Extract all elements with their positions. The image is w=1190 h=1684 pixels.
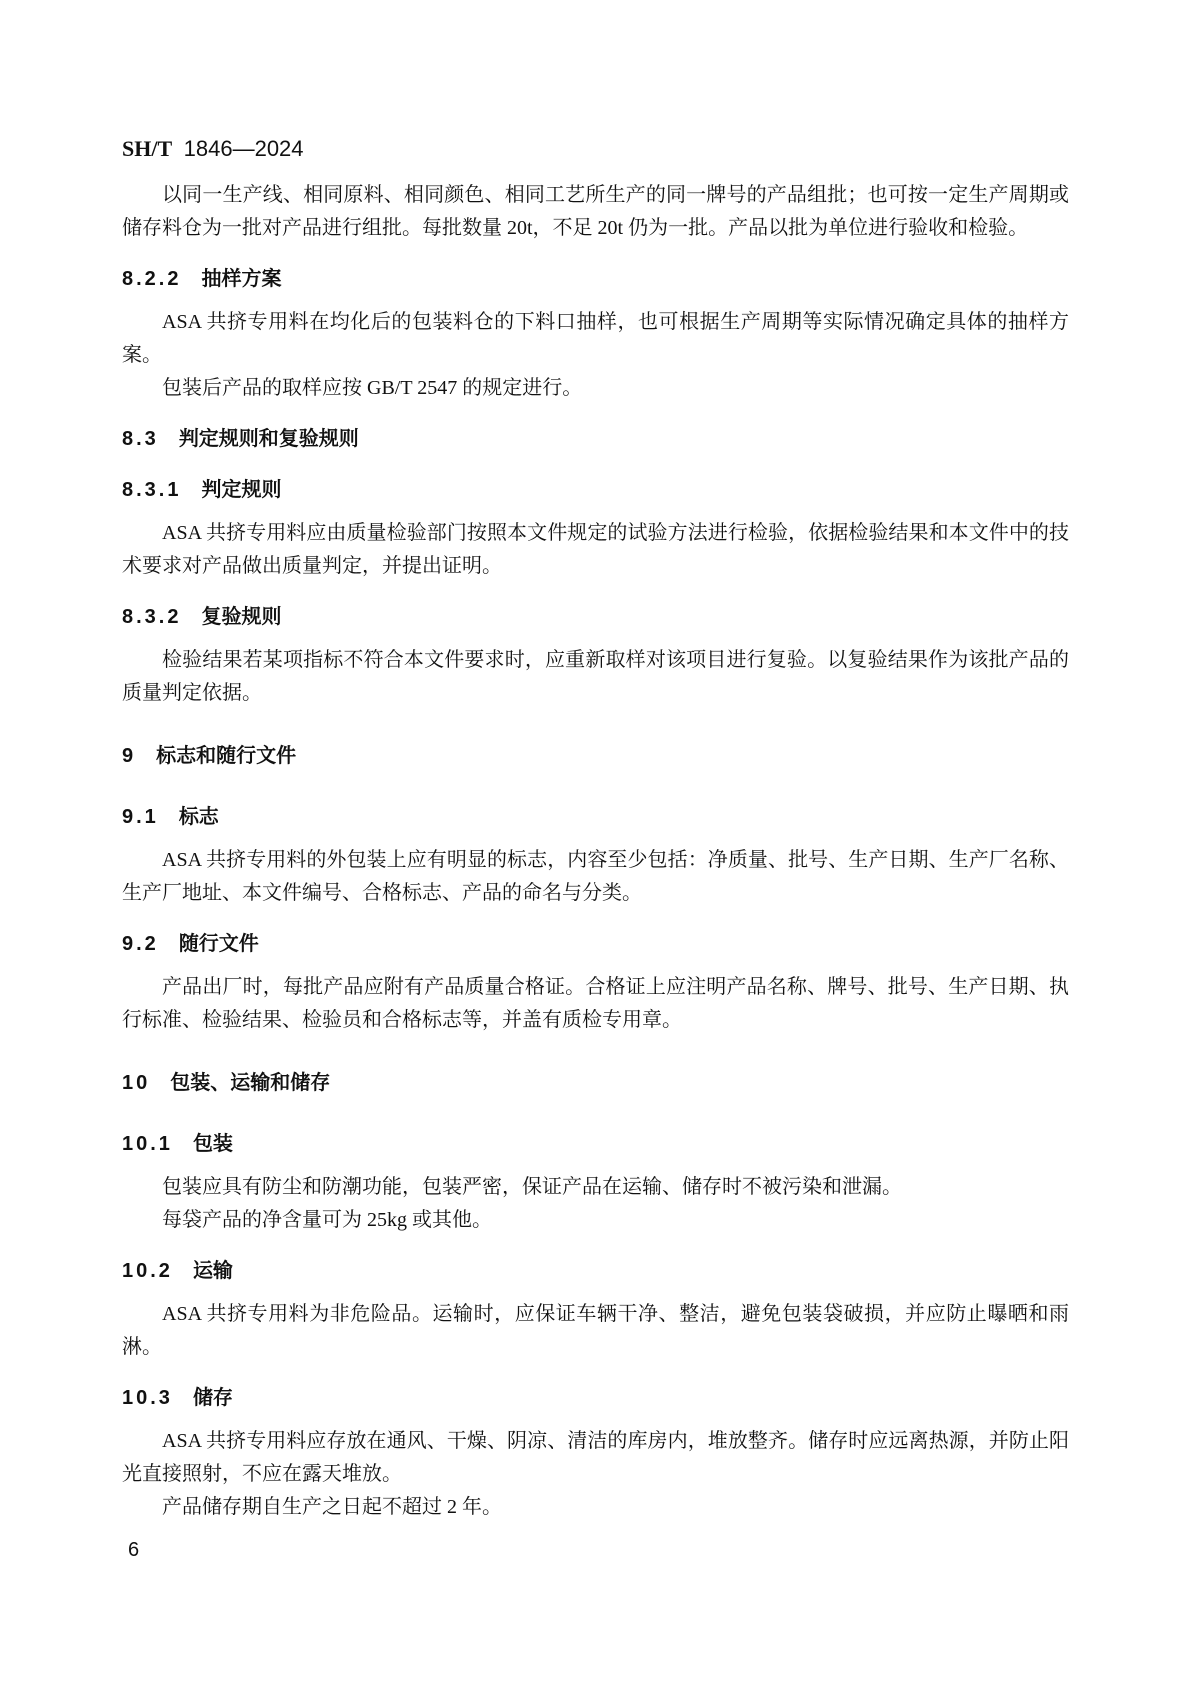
document-page: SH/T 1846—2024 以同一生产线、相同原料、相同颜色、相同工艺所生产的… (0, 0, 1190, 1684)
paragraph-retest-rule: 检验结果若某项指标不符合本文件要求时，应重新取样对该项目进行复验。以复验结果作为… (122, 644, 1069, 710)
document-body: 以同一生产线、相同原料、相同颜色、相同工艺所生产的同一牌号的产品组批；也可按一定… (122, 179, 1069, 1524)
clause-title: 标志 (179, 806, 219, 828)
paragraph-batching-rule: 以同一生产线、相同原料、相同颜色、相同工艺所生产的同一牌号的产品组批；也可按一定… (122, 179, 1069, 245)
clause-title: 判定规则和复验规则 (179, 428, 359, 450)
paragraph-storage-period: 产品储存期自生产之日起不超过 2 年。 (122, 1491, 1069, 1524)
clause-heading-9-2: 9.2随行文件 (122, 928, 1069, 961)
paragraph-marking: ASA 共挤专用料的外包装上应有明显的标志，内容至少包括：净质量、批号、生产日期… (122, 844, 1069, 910)
clause-heading-10-2: 10.2运输 (122, 1255, 1069, 1288)
clause-number: 8.2.2 (122, 268, 181, 290)
clause-heading-10-1: 10.1包装 (122, 1128, 1069, 1161)
paragraph-judgment-rule: ASA 共挤专用料应由质量检验部门按照本文件规定的试验方法进行检验，依据检验结果… (122, 517, 1069, 583)
chapter-heading-10: 10包装、运输和储存 (122, 1067, 1069, 1100)
clause-heading-8-3-2: 8.3.2复验规则 (122, 601, 1069, 634)
clause-number: 8.3.2 (122, 606, 181, 628)
chapter-title: 标志和随行文件 (156, 745, 296, 767)
clause-title: 随行文件 (179, 933, 259, 955)
page-number: 6 (128, 1538, 139, 1562)
standard-number-header: SH/T 1846—2024 (122, 136, 304, 162)
clause-number: 10.2 (122, 1260, 173, 1282)
clause-title: 抽样方案 (201, 268, 281, 290)
clause-heading-8-3: 8.3判定规则和复验规则 (122, 423, 1069, 456)
paragraph-storage: ASA 共挤专用料应存放在通风、干燥、阴凉、清洁的库房内，堆放整齐。储存时应远离… (122, 1425, 1069, 1491)
clause-heading-9-1: 9.1标志 (122, 801, 1069, 834)
paragraph-sampling-standard: 包装后产品的取样应按 GB/T 2547 的规定进行。 (122, 372, 1069, 405)
standard-code: 1846—2024 (184, 136, 304, 161)
clause-heading-8-2-2: 8.2.2抽样方案 (122, 263, 1069, 296)
clause-heading-8-3-1: 8.3.1判定规则 (122, 474, 1069, 507)
clause-number: 9.2 (122, 933, 159, 955)
chapter-title: 包装、运输和储存 (170, 1072, 330, 1094)
clause-number: 10.3 (122, 1387, 173, 1409)
clause-title: 包装 (193, 1133, 233, 1155)
clause-number: 8.3 (122, 428, 159, 450)
clause-title: 运输 (193, 1260, 233, 1282)
chapter-number: 10 (122, 1072, 150, 1094)
chapter-number: 9 (122, 745, 136, 767)
clause-number: 10.1 (122, 1133, 173, 1155)
paragraph-sampling-plan: ASA 共挤专用料在均化后的包装料仓的下料口抽样，也可根据生产周期等实际情况确定… (122, 306, 1069, 372)
chapter-heading-9: 9标志和随行文件 (122, 740, 1069, 773)
paragraph-packaging-function: 包装应具有防尘和防潮功能，包装严密，保证产品在运输、储存时不被污染和泄漏。 (122, 1171, 1069, 1204)
clause-title: 复验规则 (201, 606, 281, 628)
clause-heading-10-3: 10.3储存 (122, 1382, 1069, 1415)
paragraph-net-content: 每袋产品的净含量可为 25kg 或其他。 (122, 1204, 1069, 1237)
clause-title: 储存 (193, 1387, 233, 1409)
paragraph-transport: ASA 共挤专用料为非危险品。运输时，应保证车辆干净、整洁，避免包装袋破损，并应… (122, 1298, 1069, 1364)
clause-title: 判定规则 (201, 479, 281, 501)
paragraph-accompanying-documents: 产品出厂时，每批产品应附有产品质量合格证。合格证上应注明产品名称、牌号、批号、生… (122, 971, 1069, 1037)
clause-number: 8.3.1 (122, 479, 181, 501)
standard-prefix: SH/T (122, 136, 172, 161)
clause-number: 9.1 (122, 806, 159, 828)
